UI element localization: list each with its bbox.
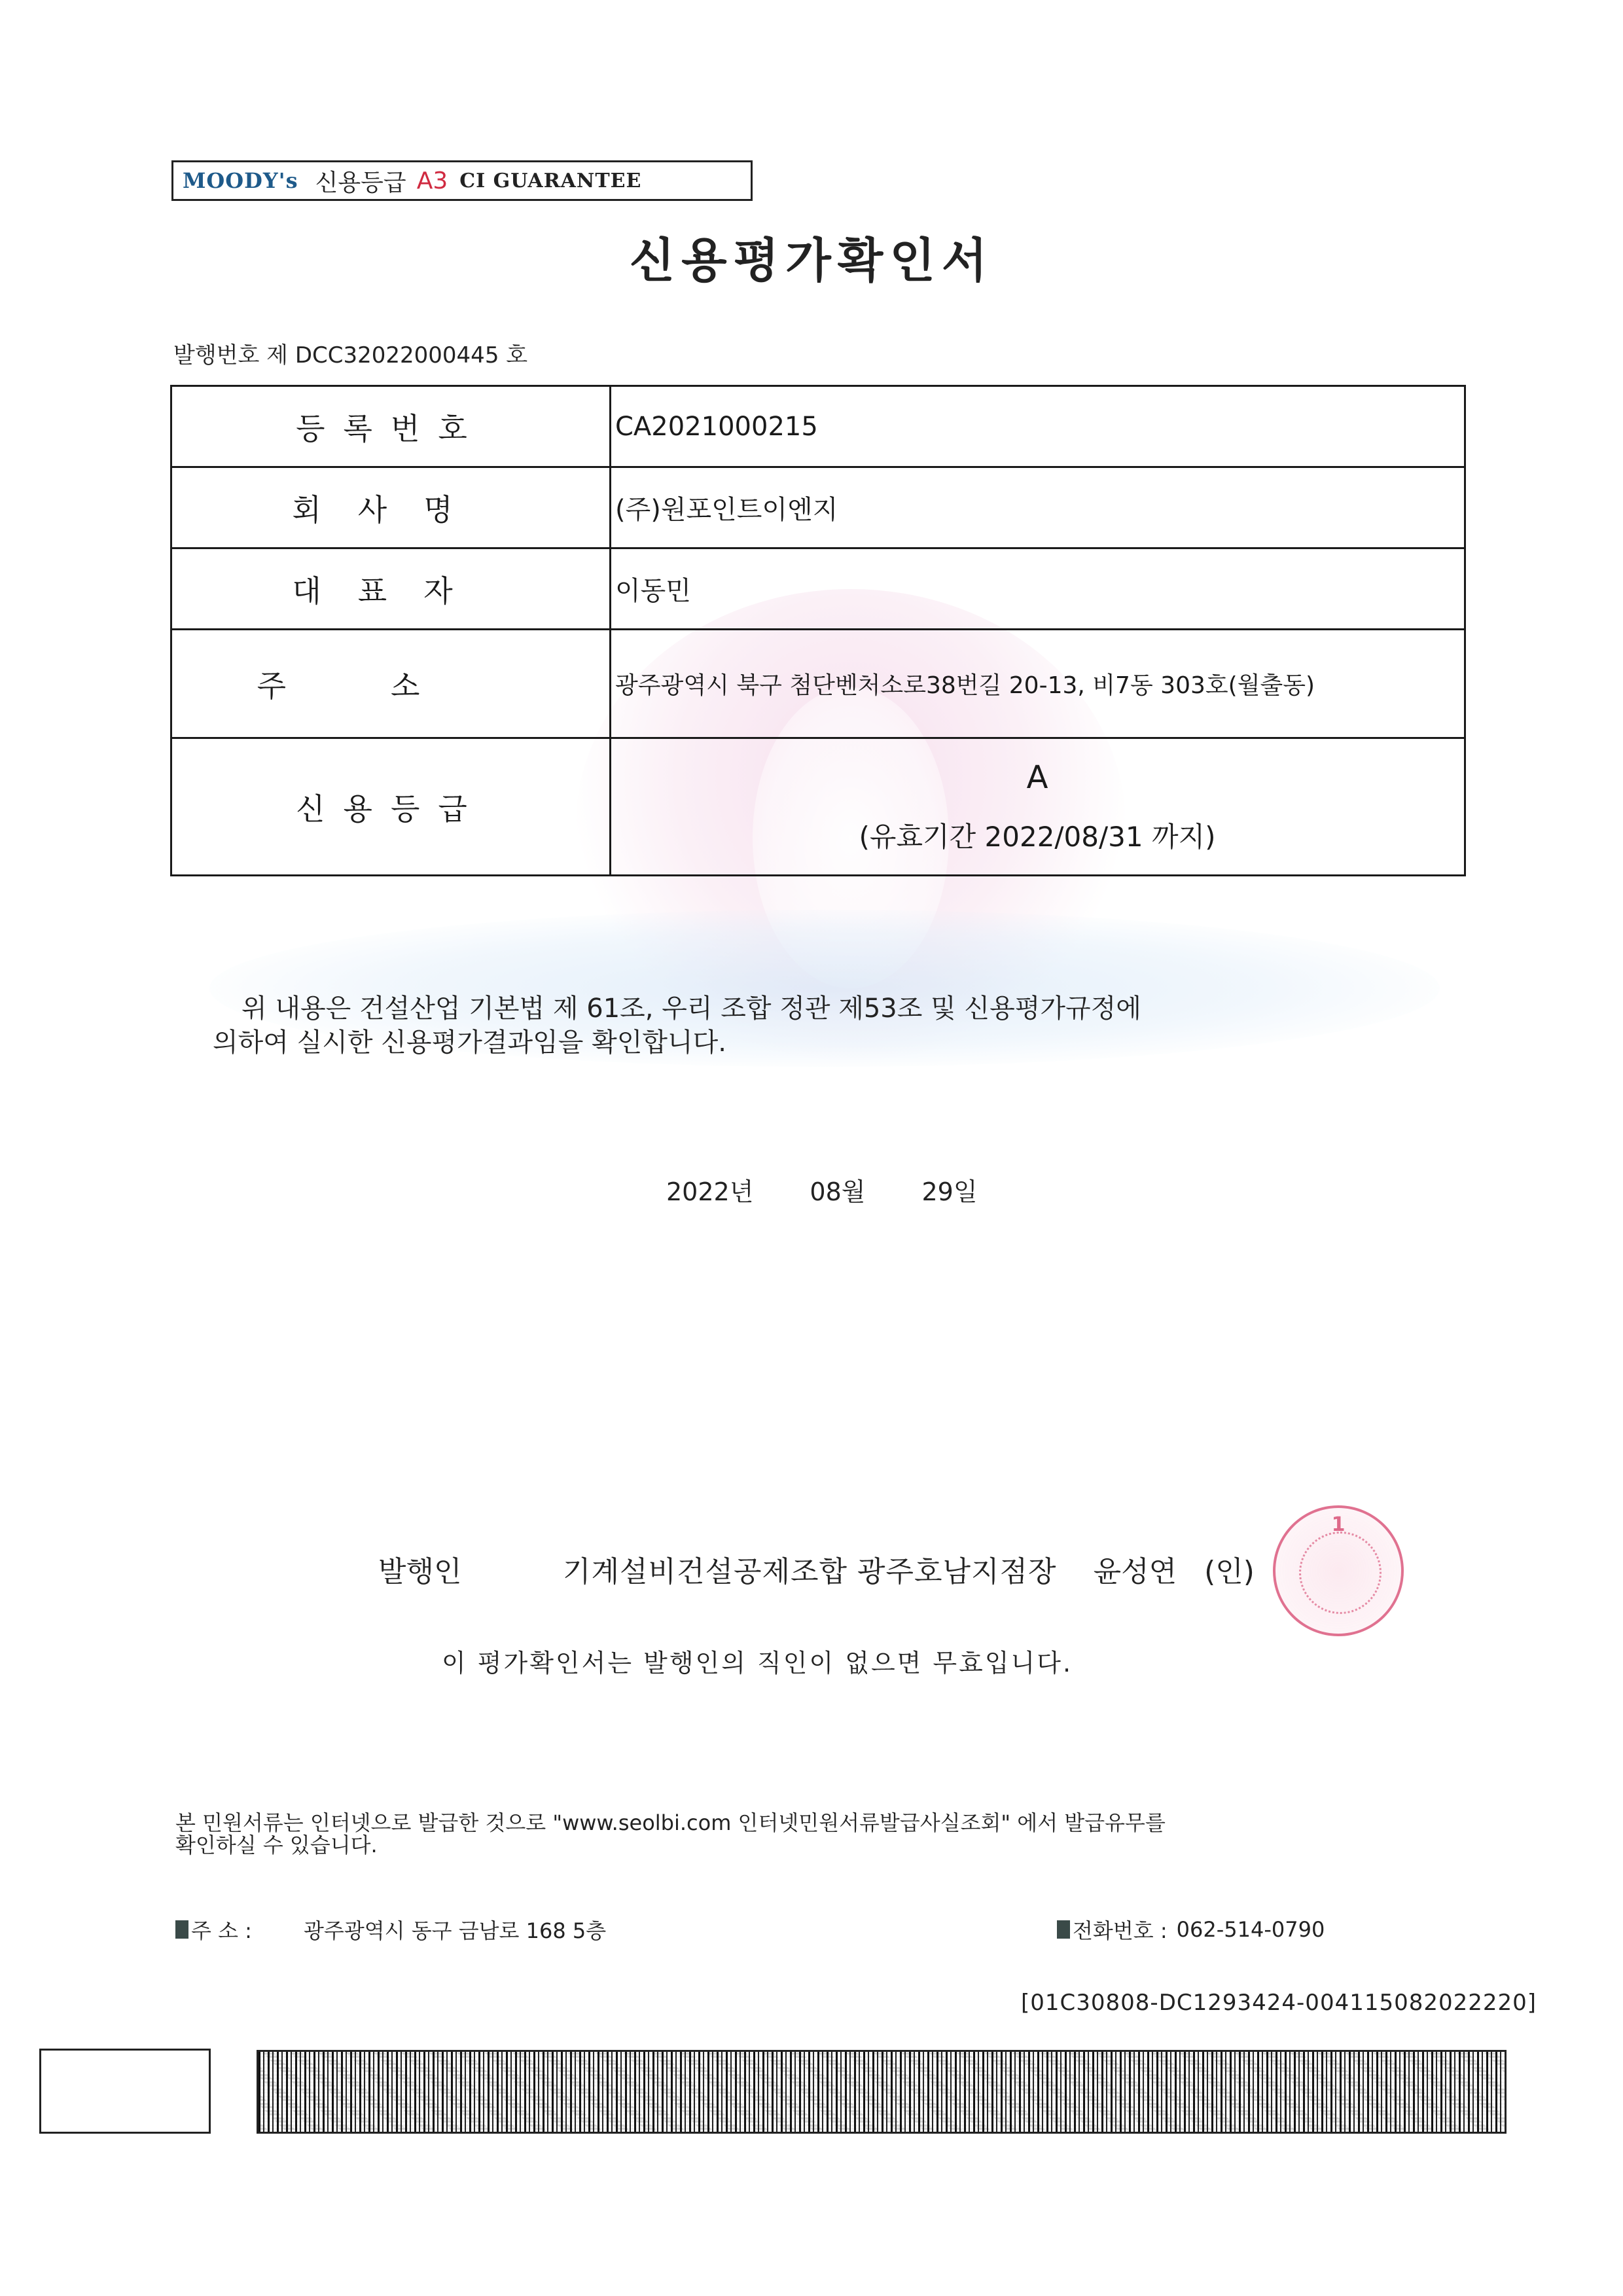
table-row-registration: 등록번호 CA2021000215 <box>171 386 1465 467</box>
credit-grade-validity: (유효기간 2022/08/31 까지) <box>611 816 1463 855</box>
credit-rating-badge: MOODY's 신용등급 A3 CI GUARANTEE <box>171 160 753 201</box>
footer-phone-value: 062-514-0790 <box>1177 1917 1325 1942</box>
issue-date: 2022년 08월 29일 <box>666 1172 978 1208</box>
footer-phone-label: 전화번호 : <box>1073 1914 1168 1945</box>
online-verification-note: 본 민원서류는 인터넷으로 발급한 것으로 "www.seolbi.com 인터… <box>175 1812 1166 1856</box>
moodys-brand: MOODY's <box>183 168 298 193</box>
statement-line-1: 위 내용은 건설산업 기본법 제 61조, 우리 조합 정관 제53조 및 신용… <box>213 992 1141 1026</box>
footer-phone: 전화번호 : 062-514-0790 <box>1057 1914 1325 1945</box>
confirmation-statement: 위 내용은 건설산업 기본법 제 61조, 우리 조합 정관 제53조 및 신용… <box>213 992 1141 1060</box>
square-bullet-icon <box>1057 1920 1070 1939</box>
issue-date-day: 29일 <box>921 1172 977 1208</box>
seal-validity-note: 이 평가확인서는 발행인의 직인이 없으면 무효입니다. <box>442 1643 1073 1679</box>
issuer-label: 발행인 <box>378 1548 563 1590</box>
official-seal-stamp: 1 <box>1273 1505 1404 1636</box>
value-representative: 이동민 <box>611 548 1465 630</box>
rating-value: A3 <box>417 168 448 194</box>
2d-security-barcode <box>257 2050 1507 2134</box>
footer-address-value: 광주광역시 동구 금남로 168 5층 <box>304 1914 606 1945</box>
label-representative: 대표자 <box>171 548 611 630</box>
table-row-representative: 대표자 이동민 <box>171 548 1465 630</box>
label-company-name: 회사명 <box>171 467 611 548</box>
label-registration-number: 등록번호 <box>171 386 611 467</box>
seal-mark: (인) <box>1204 1548 1255 1590</box>
square-bullet-icon <box>175 1920 188 1939</box>
statement-line-2: 의하여 실시한 신용평가결과임을 확인합니다. <box>213 1026 1141 1060</box>
issue-date-month: 08월 <box>810 1172 865 1208</box>
issue-date-year: 2022년 <box>666 1172 753 1208</box>
value-address: 광주광역시 북구 첨단벤처소로38번길 20-13, 비7동 303호(월출동) <box>611 630 1465 738</box>
issuer-line: 발행인 기계설비건설공제조합 광주호남지점장 윤성연 (인) <box>378 1548 1255 1590</box>
issue-number: 발행번호 제 DCC32022000445 호 <box>173 337 527 369</box>
web-note-line-1: 본 민원서류는 인터넷으로 발급한 것으로 "www.seolbi.com 인터… <box>175 1812 1166 1834</box>
document-code: [01C30808-DC1293424-004115082022220] <box>1021 1990 1537 2016</box>
issuer-organization: 기계설비건설공제조합 광주호남지점장 <box>563 1548 1057 1590</box>
footer-address: 주 소 : 광주광역시 동구 금남로 168 5층 <box>175 1914 606 1945</box>
issuer-name: 윤성연 <box>1094 1548 1177 1590</box>
value-company-name: (주)원포인트이엔지 <box>611 467 1465 548</box>
table-row-company: 회사명 (주)원포인트이엔지 <box>171 467 1465 548</box>
certificate-info-table: 등록번호 CA2021000215 회사명 (주)원포인트이엔지 대표자 이동민… <box>170 385 1466 876</box>
web-note-line-2: 확인하실 수 있습니다. <box>175 1834 1166 1856</box>
table-row-address: 주소 광주광역시 북구 첨단벤처소로38번길 20-13, 비7동 303호(월… <box>171 630 1465 738</box>
label-credit-grade: 신용등급 <box>171 738 611 876</box>
footer-address-label: 주 소 : <box>191 1914 304 1945</box>
seal-number: 1 <box>1275 1513 1401 1536</box>
value-registration-number: CA2021000215 <box>611 386 1465 467</box>
label-address: 주소 <box>171 630 611 738</box>
table-row-credit-grade: 신용등급 A (유효기간 2022/08/31 까지) <box>171 738 1465 876</box>
value-credit-grade-cell: A (유효기간 2022/08/31 까지) <box>611 738 1465 876</box>
seal-inner-ring <box>1299 1532 1382 1614</box>
guarantee-label: CI GUARANTEE <box>459 170 641 192</box>
credit-grade-value: A <box>611 759 1463 796</box>
document-title: 신용평가확인서 <box>0 223 1623 291</box>
rating-label: 신용등급 <box>315 164 406 198</box>
blank-box <box>39 2049 211 2134</box>
